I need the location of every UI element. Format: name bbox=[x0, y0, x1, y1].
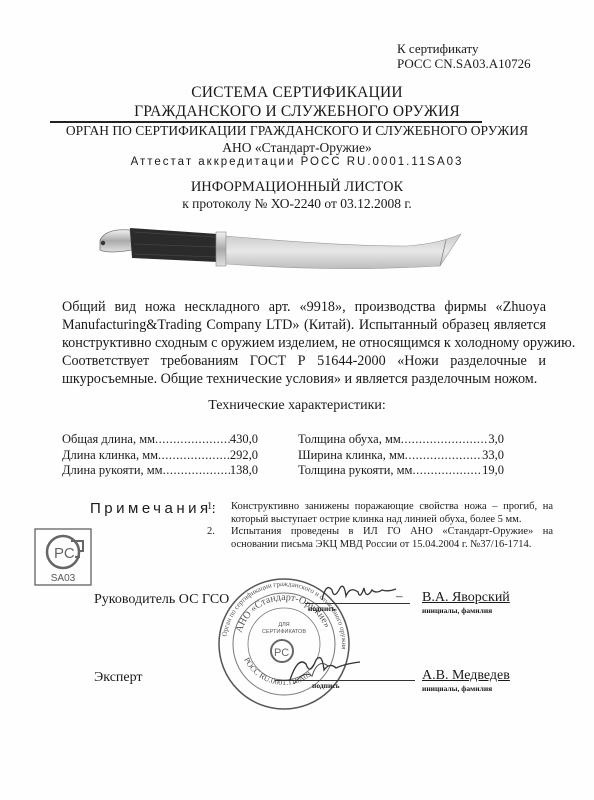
expert-role: Эксперт bbox=[94, 670, 143, 686]
knife-image bbox=[88, 222, 464, 272]
cert-ref-label: К сертификату bbox=[397, 41, 531, 56]
system-title-line1: СИСТЕМА СЕРТИФИКАЦИИ bbox=[0, 84, 594, 102]
organ-title: ОРГАН ПО СЕРТИФИКАЦИИ ГРАЖДАНСКОГО И СЛУ… bbox=[0, 123, 594, 139]
spec-value: 33,0 bbox=[482, 448, 504, 464]
signature-dash: – bbox=[396, 588, 403, 604]
signatory-name: В.А. Яворский bbox=[422, 590, 510, 606]
name-caption: инициалы, фамилия bbox=[422, 606, 492, 615]
spec-value: 19,0 bbox=[482, 463, 504, 479]
spec-value: 430,0 bbox=[230, 432, 258, 448]
svg-text:ДЛЯ: ДЛЯ bbox=[278, 622, 289, 628]
description-line: шкуросъемные. Общие технические условия»… bbox=[62, 370, 546, 388]
system-title-line2: ГРАЖДАНСКОГО И СЛУЖЕБНОГО ОРУЖИЯ bbox=[0, 103, 594, 121]
spec-label: Толщина рукояти, мм bbox=[298, 463, 412, 479]
spec-row: Длина клинка, мм292,0 bbox=[62, 448, 258, 464]
spec-label: Общая длина, мм bbox=[62, 432, 155, 448]
spec-row: Толщина обуха, мм3,0 bbox=[298, 432, 504, 448]
spec-value: 3,0 bbox=[488, 432, 504, 448]
certificate-reference: К сертификату РОСС CN.SA03.A10726 bbox=[397, 41, 531, 71]
svg-text:SA03: SA03 bbox=[51, 573, 76, 584]
description-line: Общий вид ножа нескладного арт. «9918», … bbox=[62, 298, 546, 316]
spec-row: Длина рукояти, мм138,0 bbox=[62, 463, 258, 479]
spec-label: Толщина обуха, мм bbox=[298, 432, 401, 448]
spec-row: Ширина клинка, мм33,0 bbox=[298, 448, 504, 464]
specs-title: Технические характеристики: bbox=[0, 398, 594, 414]
spec-row: Толщина рукояти, мм19,0 bbox=[298, 463, 504, 479]
accreditation-text: Аттестат аккредитации РОСС RU.0001.11SA0… bbox=[0, 156, 594, 168]
notes-list: 1.Конструктивно занижены поражающие свой… bbox=[207, 501, 553, 551]
expert-name: А.В. Медведев bbox=[422, 668, 510, 684]
signature-line bbox=[275, 680, 415, 681]
document-title: ИНФОРМАЦИОННЫЙ ЛИСТОК bbox=[0, 179, 594, 196]
note-item: 1.Конструктивно занижены поражающие свой… bbox=[207, 501, 553, 526]
signature-caption: подпись bbox=[312, 681, 340, 690]
signature-caption: подпись bbox=[308, 604, 336, 613]
svg-text:РС: РС bbox=[54, 545, 75, 562]
organ-name: АНО «Стандарт-Оружие» bbox=[0, 140, 594, 156]
cert-ref-number: РОСС CN.SA03.A10726 bbox=[397, 56, 531, 71]
specs-right-column: Толщина обуха, мм3,0 Ширина клинка, мм33… bbox=[298, 432, 504, 479]
description-line: Соответствует требованиям ГОСТ Р 51644-2… bbox=[62, 352, 546, 370]
spec-label: Длина рукояти, мм bbox=[62, 463, 163, 479]
description-paragraph: Общий вид ножа нескладного арт. «9918», … bbox=[62, 298, 546, 388]
name-caption: инициалы, фамилия bbox=[422, 684, 492, 693]
svg-text:СЕРТИФИКАТОВ: СЕРТИФИКАТОВ bbox=[262, 629, 306, 635]
document-subtitle: к протоколу № ХО-2240 от 03.12.2008 г. bbox=[0, 196, 594, 212]
spec-value: 138,0 bbox=[230, 463, 258, 479]
spec-value: 292,0 bbox=[230, 448, 258, 464]
signatory-role: Руководитель ОС ГСО bbox=[94, 592, 229, 608]
specs-left-column: Общая длина, мм430,0 Длина клинка, мм292… bbox=[62, 432, 258, 479]
spec-label: Длина клинка, мм bbox=[62, 448, 158, 464]
description-line: Manufacturing&Trading Company LTD» (Кита… bbox=[62, 316, 546, 334]
note-item: 2.Испытания проведены в ИЛ ГО АНО «Станд… bbox=[207, 526, 553, 551]
notes-label: Примечания: bbox=[90, 500, 219, 517]
spec-label: Ширина клинка, мм bbox=[298, 448, 405, 464]
spec-row: Общая длина, мм430,0 bbox=[62, 432, 258, 448]
pst-conformity-mark-icon: РС SA03 bbox=[33, 527, 93, 587]
description-line: конструктивно сходным с оружием изделием… bbox=[62, 334, 546, 352]
